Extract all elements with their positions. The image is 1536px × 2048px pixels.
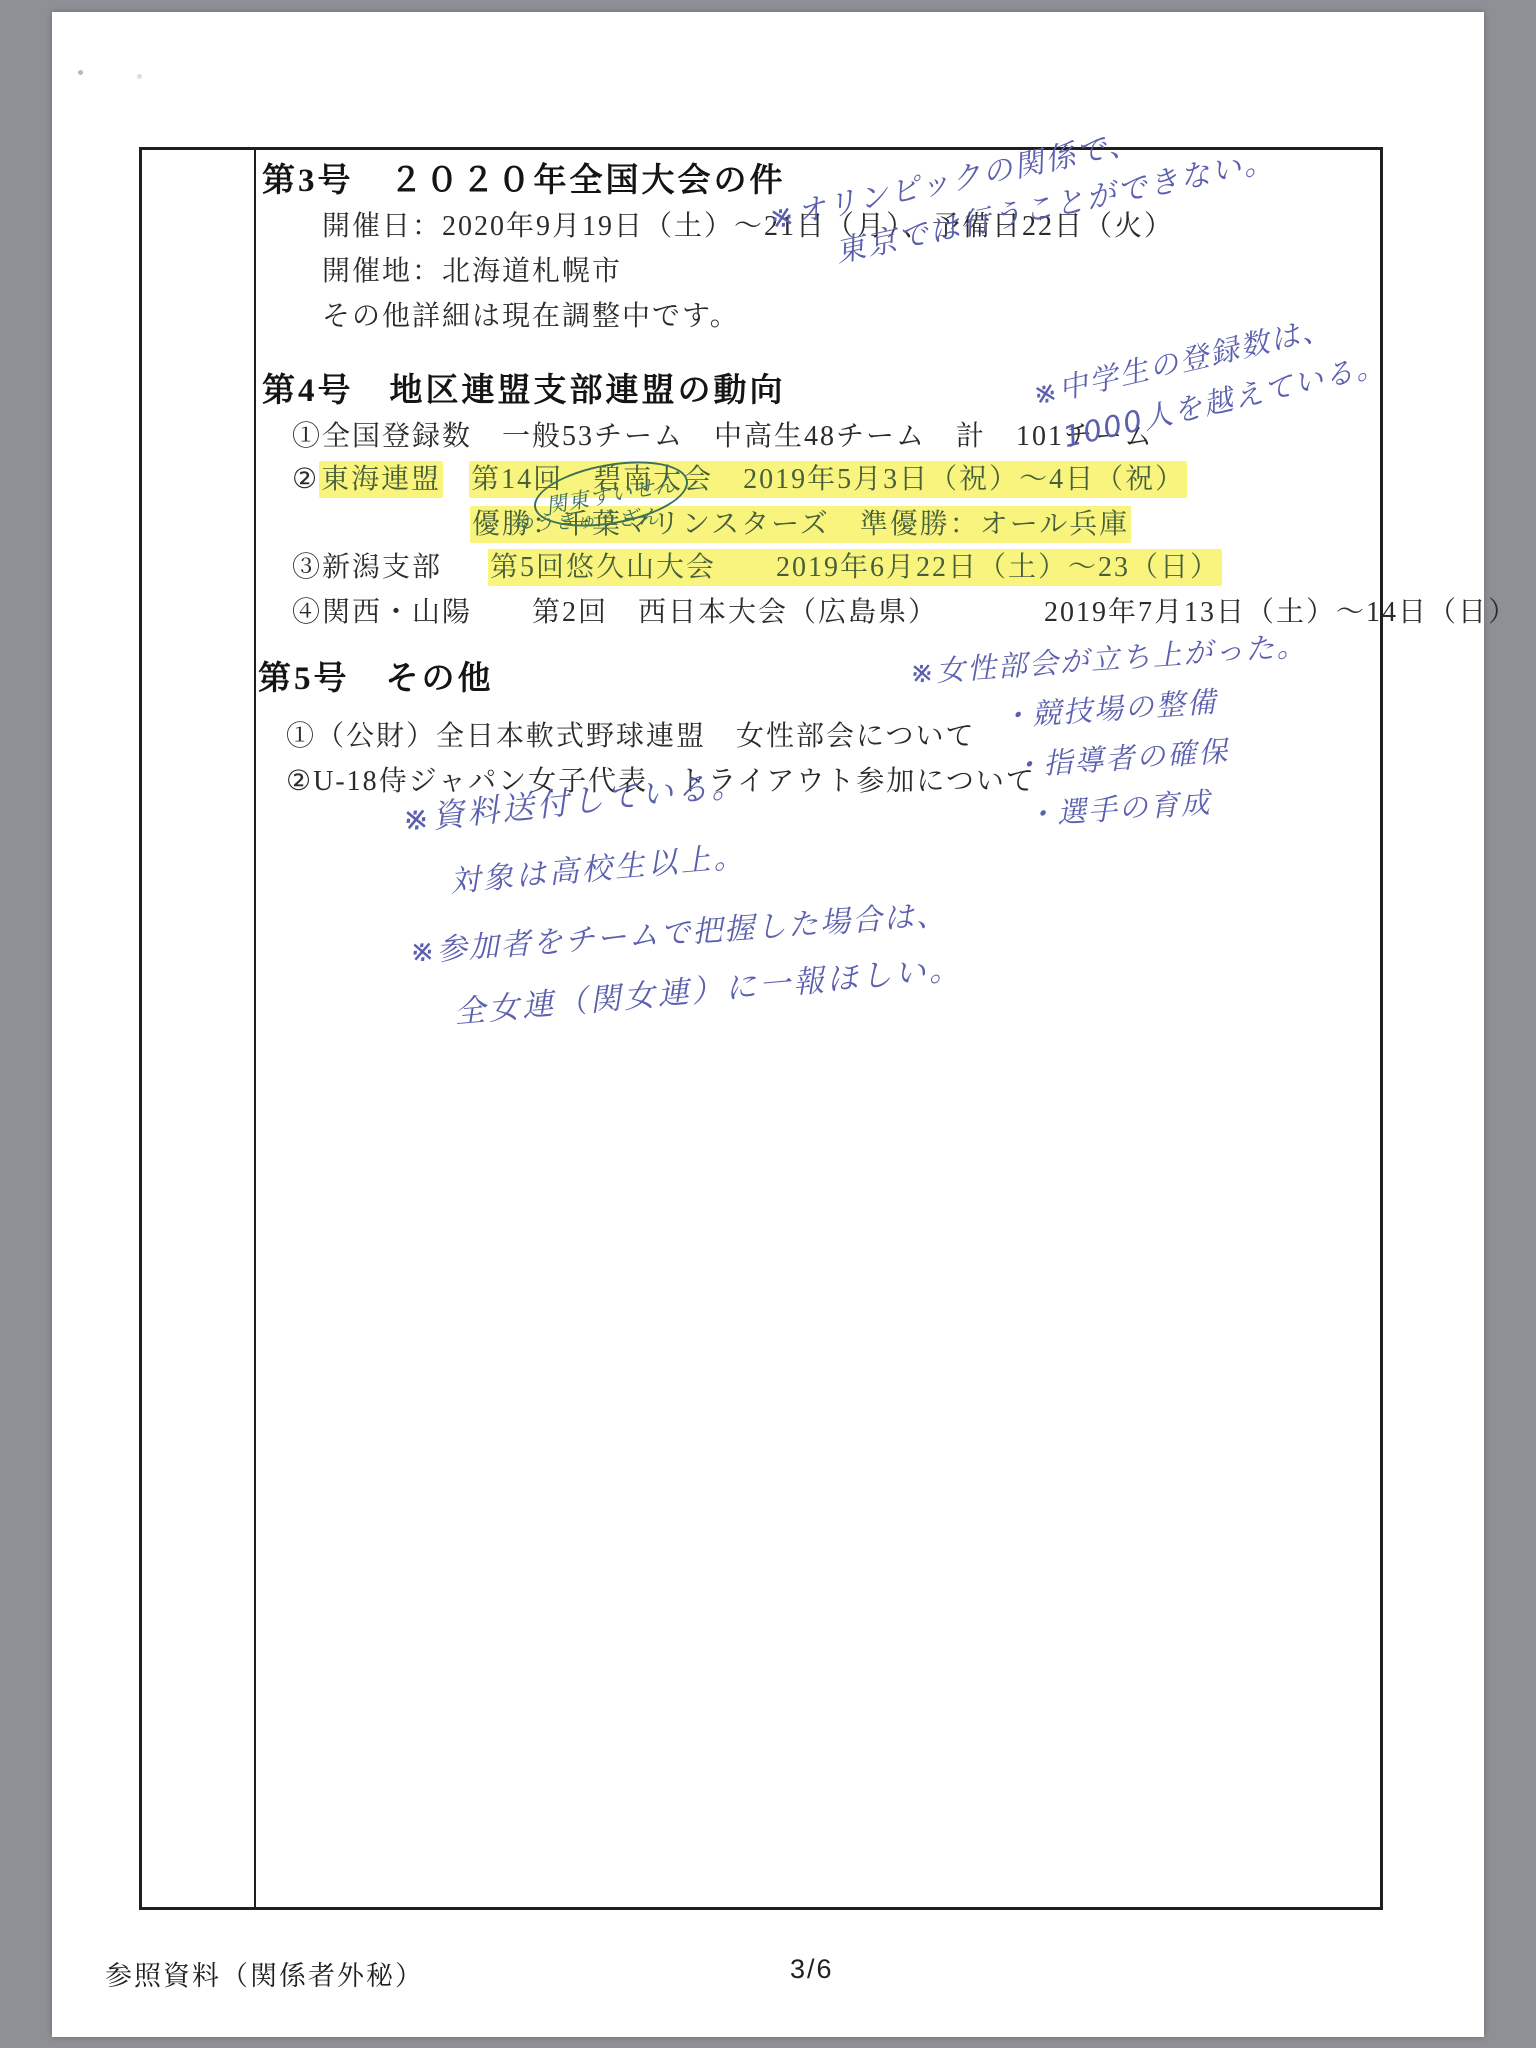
scanned-document-page: 第3号 ２０２０年全国大会の件 開催日：2020年9月19日（土）～21日（月）… <box>52 12 1484 2037</box>
highlight-tokai-league: 東海連盟 <box>319 461 443 498</box>
section4-item4-kansai: ④関西・山陽 第2回 西日本大会（広島県） 2019年7月13日（土）～14日（… <box>292 590 1518 630</box>
section4-item3-number: ③ <box>292 552 322 583</box>
section4-item3-label: 新潟支部 <box>322 552 442 583</box>
section3-heading: 第3号 ２０２０年全国大会の件 <box>262 154 786 201</box>
handwritten-note-womens-division: ※女性部会が立ち上がった。 ・競技場の整備 ・指導者の確保 ・選手の育成 <box>908 620 1319 847</box>
section4-item2-number: ② <box>292 464 319 495</box>
section4-item1-registrations: ①全国登録数 一般53チーム 中高生48チーム 計 101チーム <box>292 414 1154 454</box>
footer-page-number: 3/6 <box>790 1954 834 1985</box>
section3-place-line: 開催地：北海道札幌市 <box>322 249 622 289</box>
section5-heading: 第5号 その他 <box>258 652 494 699</box>
section5-item1-womens-division: ①（公財）全日本軟式野球連盟 女性部会について <box>286 714 975 754</box>
footer-confidential-label: 参照資料（関係者外秘） <box>105 1954 424 1993</box>
section4-heading: 第4号 地区連盟支部連盟の動向 <box>262 364 786 411</box>
scan-speck <box>78 70 83 75</box>
section3-detail-line: その他詳細は現在調整中です。 <box>322 294 740 334</box>
screenshot-root: { "page": { "background_color": "#8f9095… <box>0 0 1536 2048</box>
scan-speck <box>137 74 142 79</box>
highlight-yukyuzan-tournament: 第5回悠久山大会 2019年6月22日（土）～23（日） <box>488 549 1222 586</box>
table-left-column-divider <box>254 150 256 1907</box>
section4-item3-niigata: ③新潟支部第5回悠久山大会 2019年6月22日（土）～23（日） <box>292 545 1222 585</box>
